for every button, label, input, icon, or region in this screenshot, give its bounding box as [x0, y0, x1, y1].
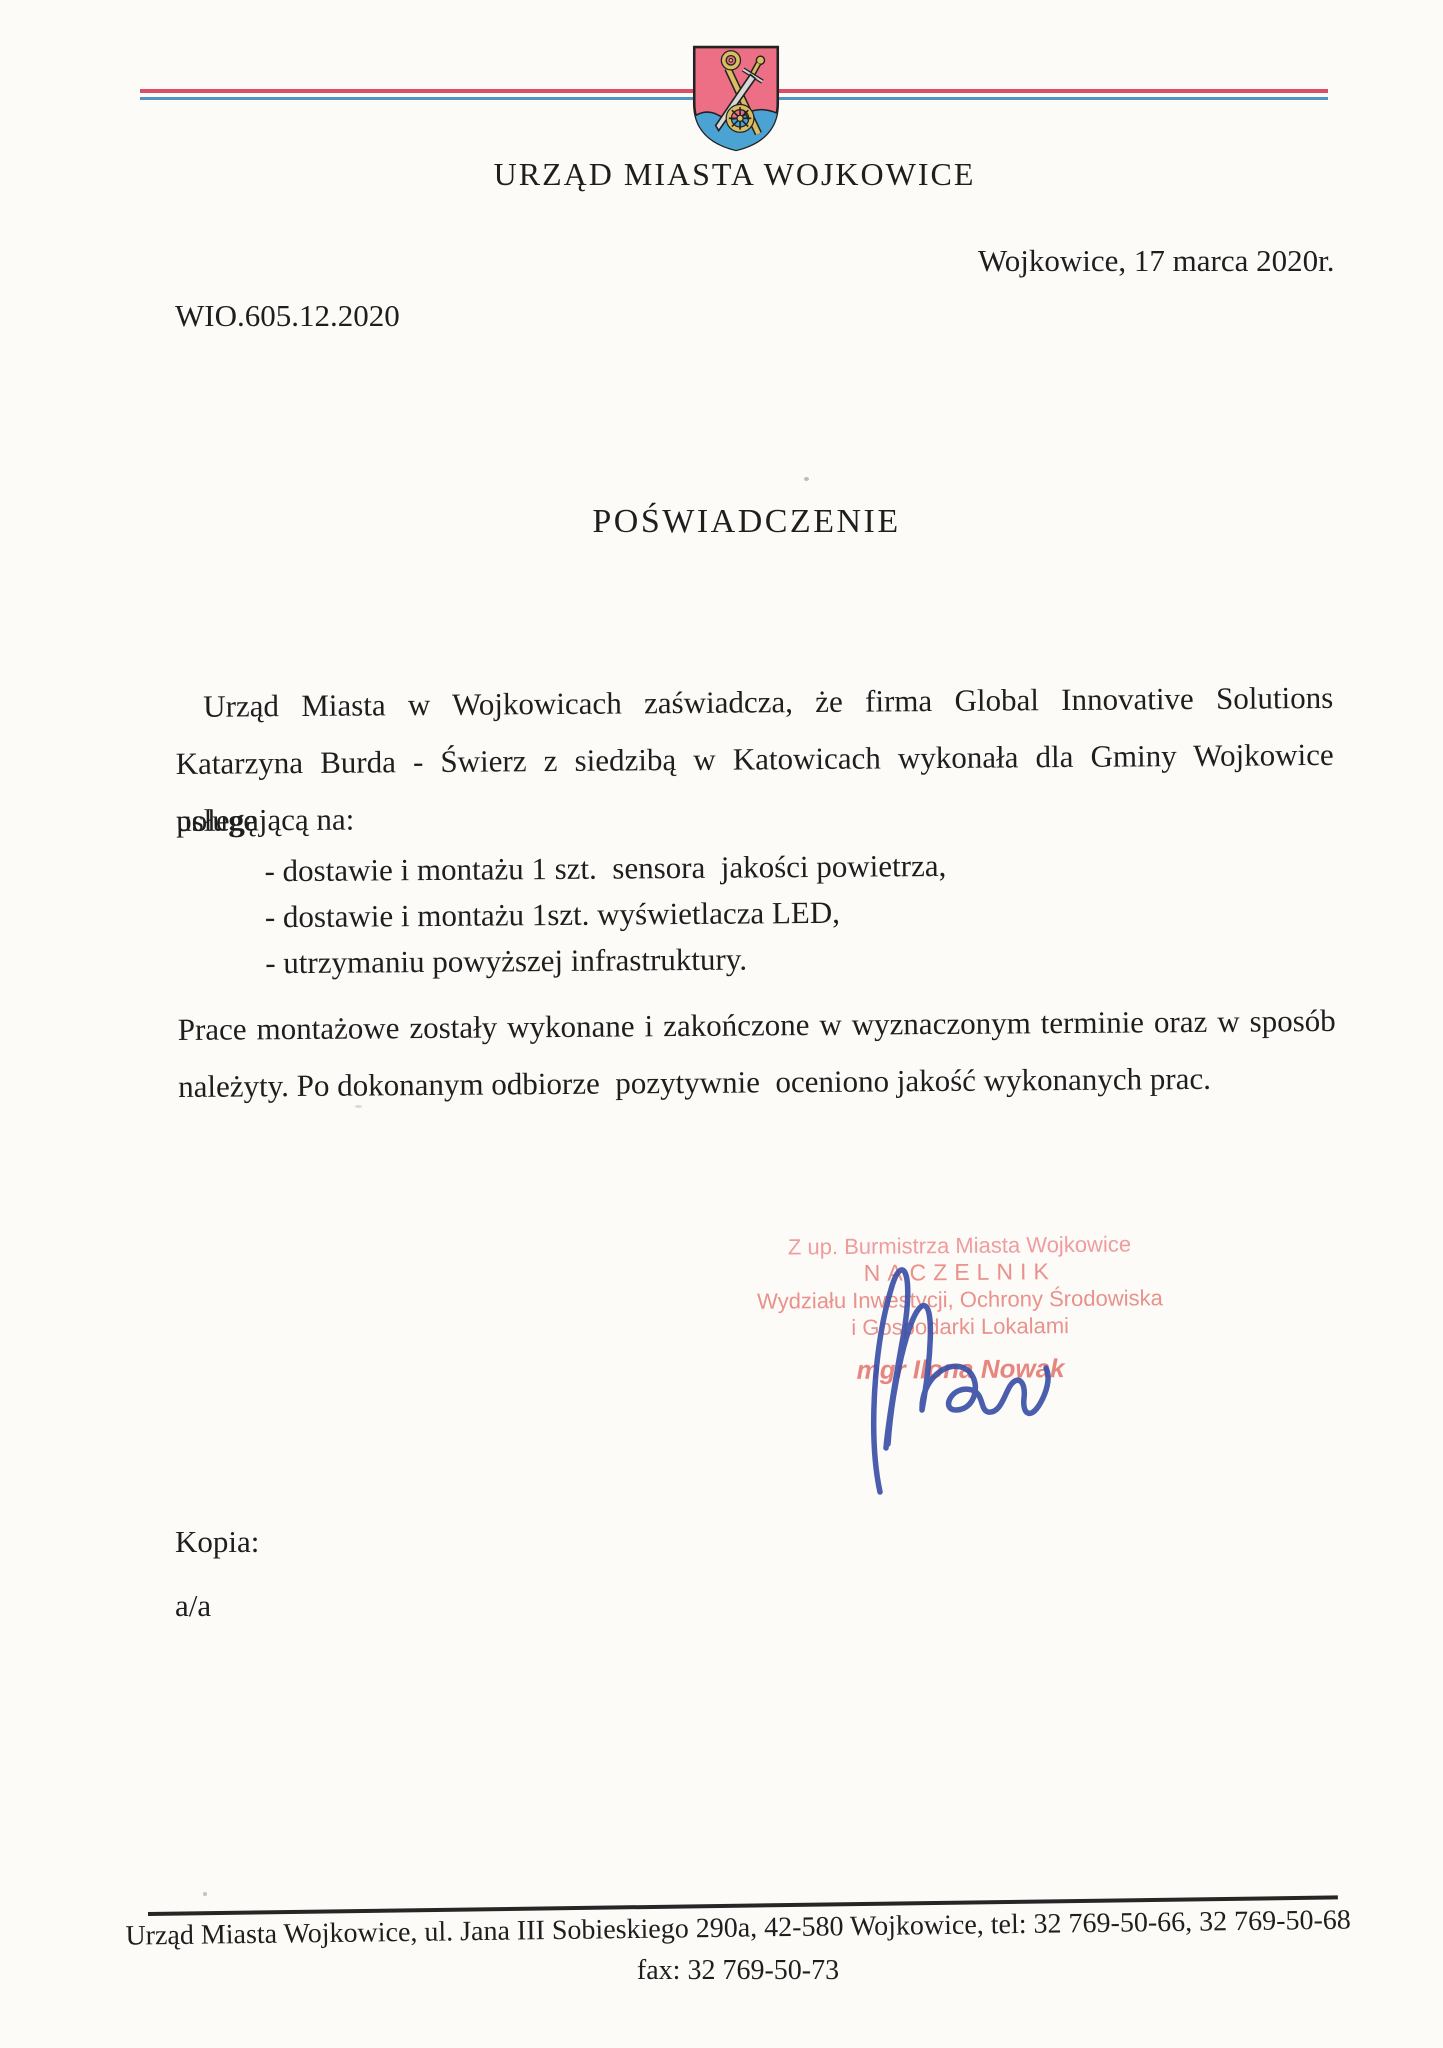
- scan-speck: [203, 1892, 207, 1896]
- reference-number: WIO.605.12.2020: [175, 298, 400, 334]
- paragraph-2-line-2: należyty. Po dokonanym odbiorze pozytywn…: [178, 1049, 1336, 1115]
- handwritten-signature: [828, 1248, 1072, 1500]
- list-item: - utrzymaniu powyższej infrastruktury.: [265, 932, 1335, 986]
- wojkowice-coat-of-arms-icon: [690, 44, 782, 153]
- paragraph-1-line-3: polegającą na:: [176, 783, 1334, 849]
- scanned-document-page: URZĄD MIASTA WOJKOWICE Wojkowice, 17 mar…: [0, 0, 1443, 2048]
- document-body: Urząd Miasta w Wojkowicach zaświadcza, ż…: [175, 669, 1336, 1115]
- document-title: POŚWIADCZENIE: [25, 503, 1443, 541]
- date-line: Wojkowice, 17 marca 2020r.: [978, 243, 1335, 279]
- scan-speck: [804, 477, 809, 481]
- scan-speck: [355, 1105, 362, 1108]
- footer-fax: fax: 32 769-50-73: [118, 1955, 1358, 1987]
- copy-value: a/a: [175, 1588, 211, 1624]
- org-name: URZĄD MIASTA WOJKOWICE: [13, 156, 1443, 193]
- list-item: - dostawie i montażu 1szt. wyświetlacza …: [265, 886, 1335, 940]
- service-list: - dostawie i montażu 1 szt. sensora jako…: [264, 840, 1335, 986]
- paragraph-1-line-2: Katarzyna Burda - Świerz z siedzibą w Ka…: [175, 726, 1333, 792]
- paragraph-2-line-1: Prace montażowe zostały wykonane i zakoń…: [178, 992, 1336, 1058]
- paragraph-1-line-1: Urząd Miasta w Wojkowicach zaświadcza, ż…: [175, 669, 1333, 735]
- copy-label: Kopia:: [175, 1524, 259, 1560]
- list-item: - dostawie i montażu 1 szt. sensora jako…: [264, 840, 1334, 894]
